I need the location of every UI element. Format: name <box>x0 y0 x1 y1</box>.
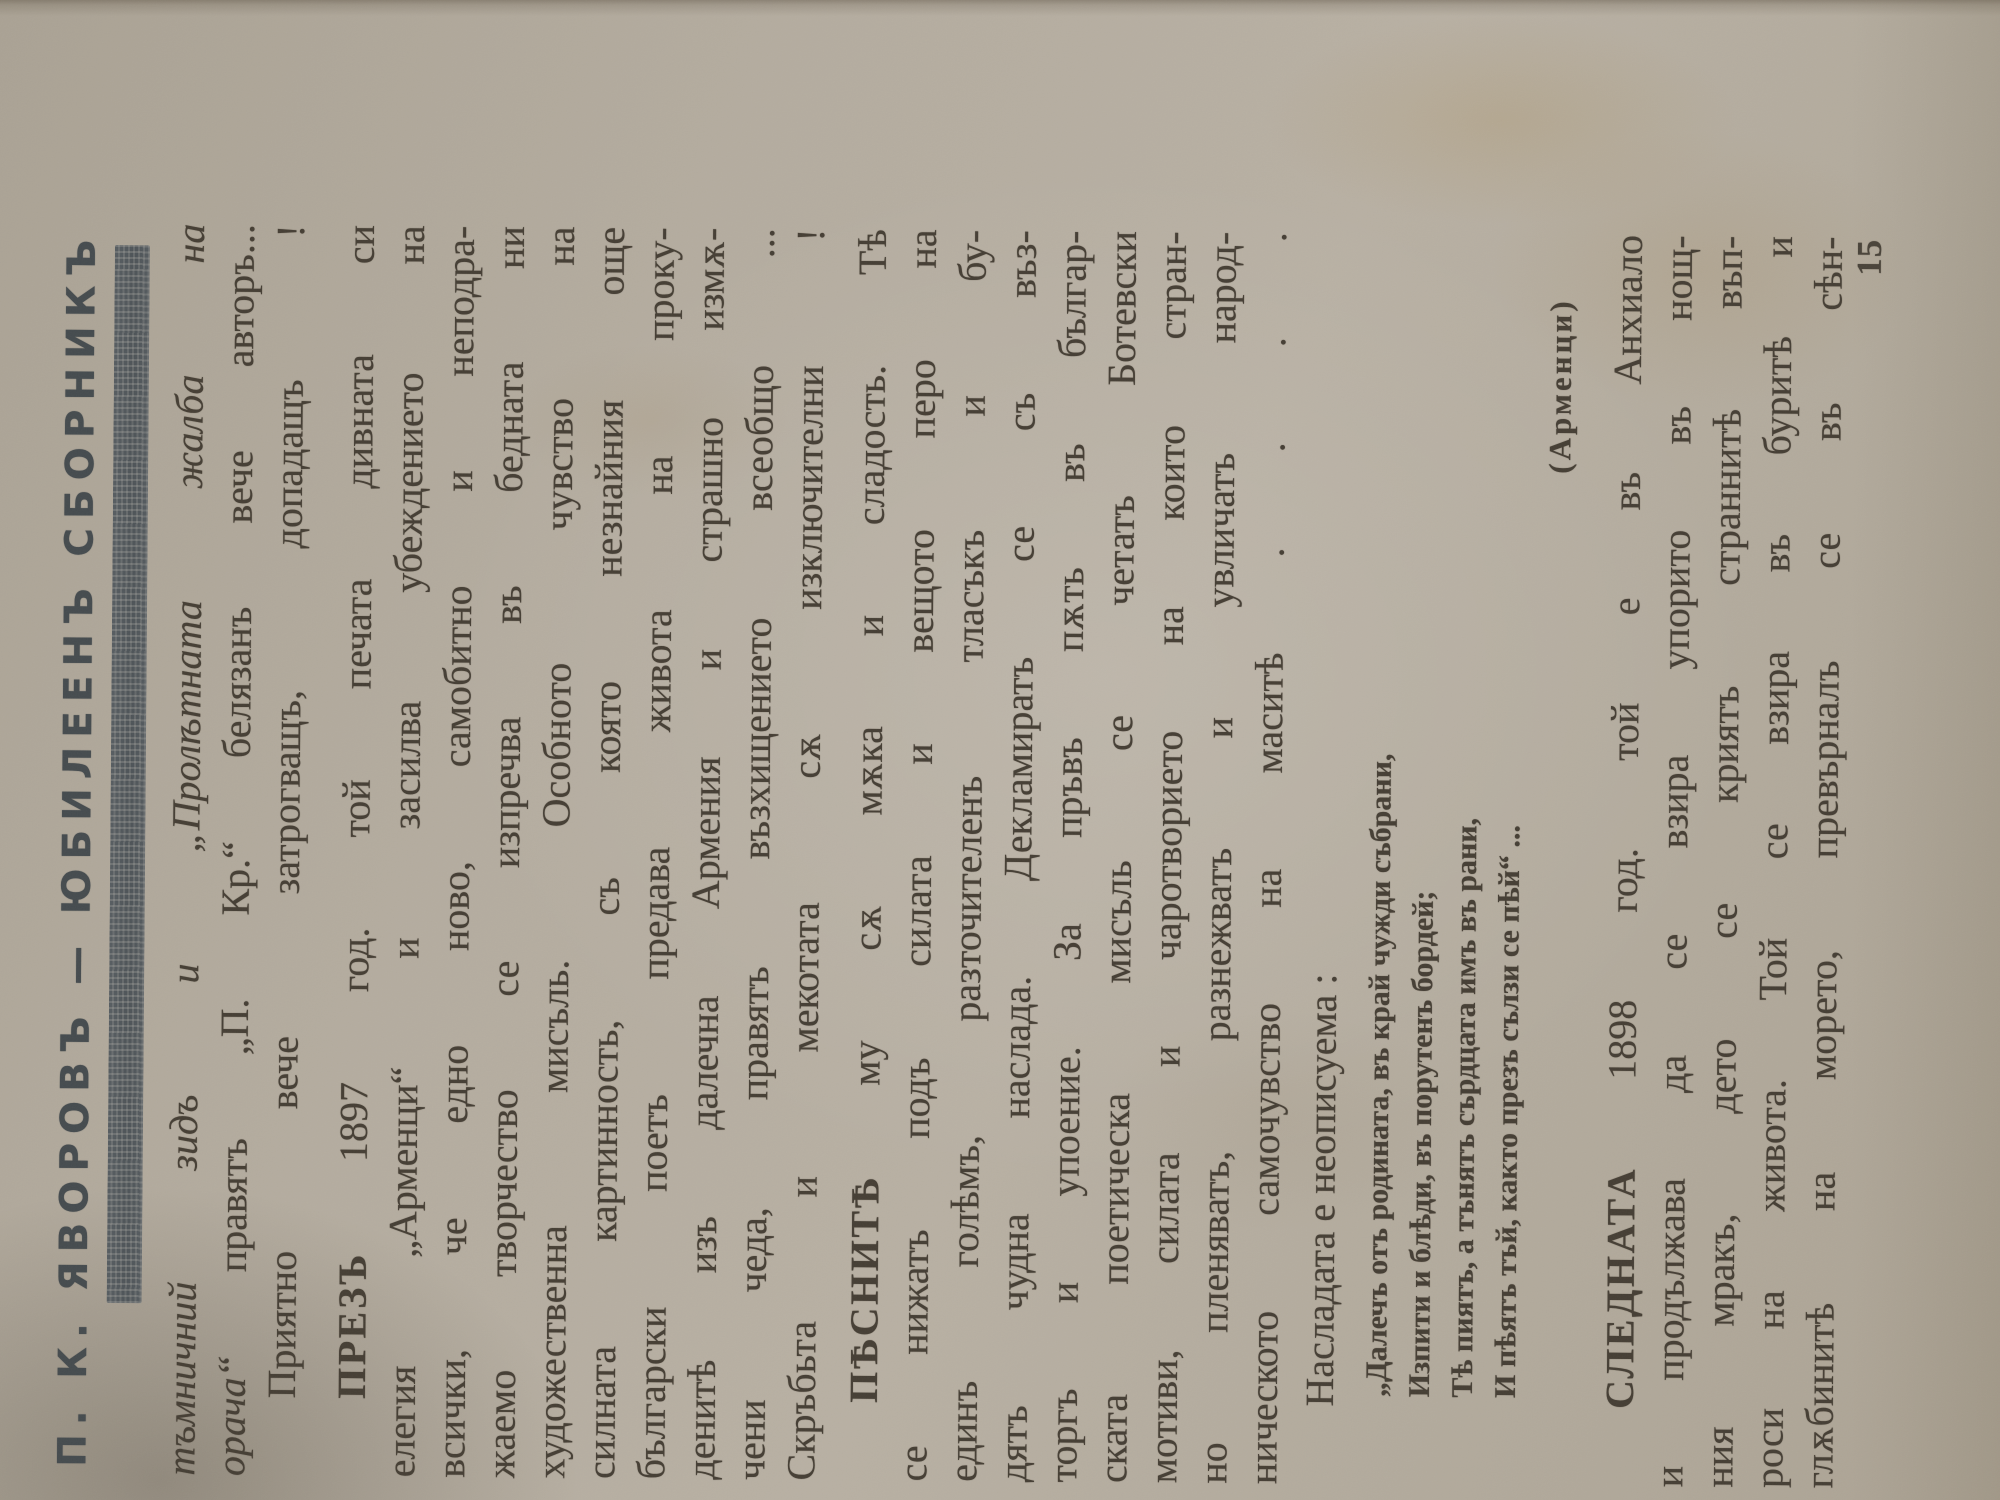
text-line: Скръбьта и мекотата сѫ изключителни ! <box>776 228 836 1480</box>
page-number: 15 <box>1850 239 1890 276</box>
text-block: П. К. ЯВОРОВЪ — ЮБИЛЕЕНЪ СБОРНИКЪ тъмнич… <box>50 223 1854 1489</box>
paragraph-1897: ПРЕЗЪ 1897 год. той печата дивната си ел… <box>326 225 836 1481</box>
lead-word: СЛЕДНАТА <box>1597 1167 1644 1409</box>
text-run: 1898 год. той е въ Анхиало <box>1599 235 1651 1080</box>
lead-word: ПРЕЗЪ <box>329 1252 375 1399</box>
paragraph-opening: тъмничний зидъ и „Пролѣтната жалба на ор… <box>156 223 316 1476</box>
lead-word: ПѢСНИТѢ <box>841 1175 888 1403</box>
book-photo: П. К. ЯВОРОВЪ — ЮБИЛЕЕНЪ СБОРНИКЪ тъмнич… <box>0 0 2000 1500</box>
paragraph-naslada: Насладата е неописуема : <box>1294 232 1354 1484</box>
text-run: правятъ „П. Кр.“ белязанъ вече авторъ... <box>210 224 263 1273</box>
text-line: глѫбинитѣ на морето, превърналъ се въ сѣ… <box>1794 236 1854 1488</box>
text-line: ническото самочувство на маситѣ . . . . <box>1238 232 1298 1484</box>
text-run: му сѫ мѫка и сладость. Тѣ <box>843 229 895 1086</box>
paragraph-pesnite: ПѢСНИТѢ му сѫ мѫка и сладость. Тѣ се ниж… <box>838 229 1298 1484</box>
poem-attribution: (Арменци) <box>1530 298 1583 1486</box>
poem-quote: „Далечъ отъ родината, въ край чужди събр… <box>1355 233 1536 1398</box>
header-rule-bar <box>107 245 150 1303</box>
book-page: П. К. ЯВОРОВЪ — ЮБИЛЕЕНЪ СБОРНИКЪ тъмнич… <box>0 0 2000 1500</box>
running-header-title: П. К. ЯВОРОВЪ — ЮБИЛЕЕНЪ СБОРНИКЪ <box>50 223 105 1475</box>
text-line: Приятно вече затрогващъ, допадащъ ! <box>256 224 316 1476</box>
text-run: 1897 год. той печата дивната си <box>331 225 383 1162</box>
poem-line: И пѣятъ тъй, както презъ сълзи се пѣй“ .… <box>1484 234 1536 1398</box>
text-run-italic: орача“ <box>208 1355 254 1476</box>
paragraph-slednata: СЛЕДНАТА 1898 год. той е въ Анхиало и пр… <box>1594 235 1854 1489</box>
text-line: Насладата е неописуема : <box>1294 232 1354 1484</box>
